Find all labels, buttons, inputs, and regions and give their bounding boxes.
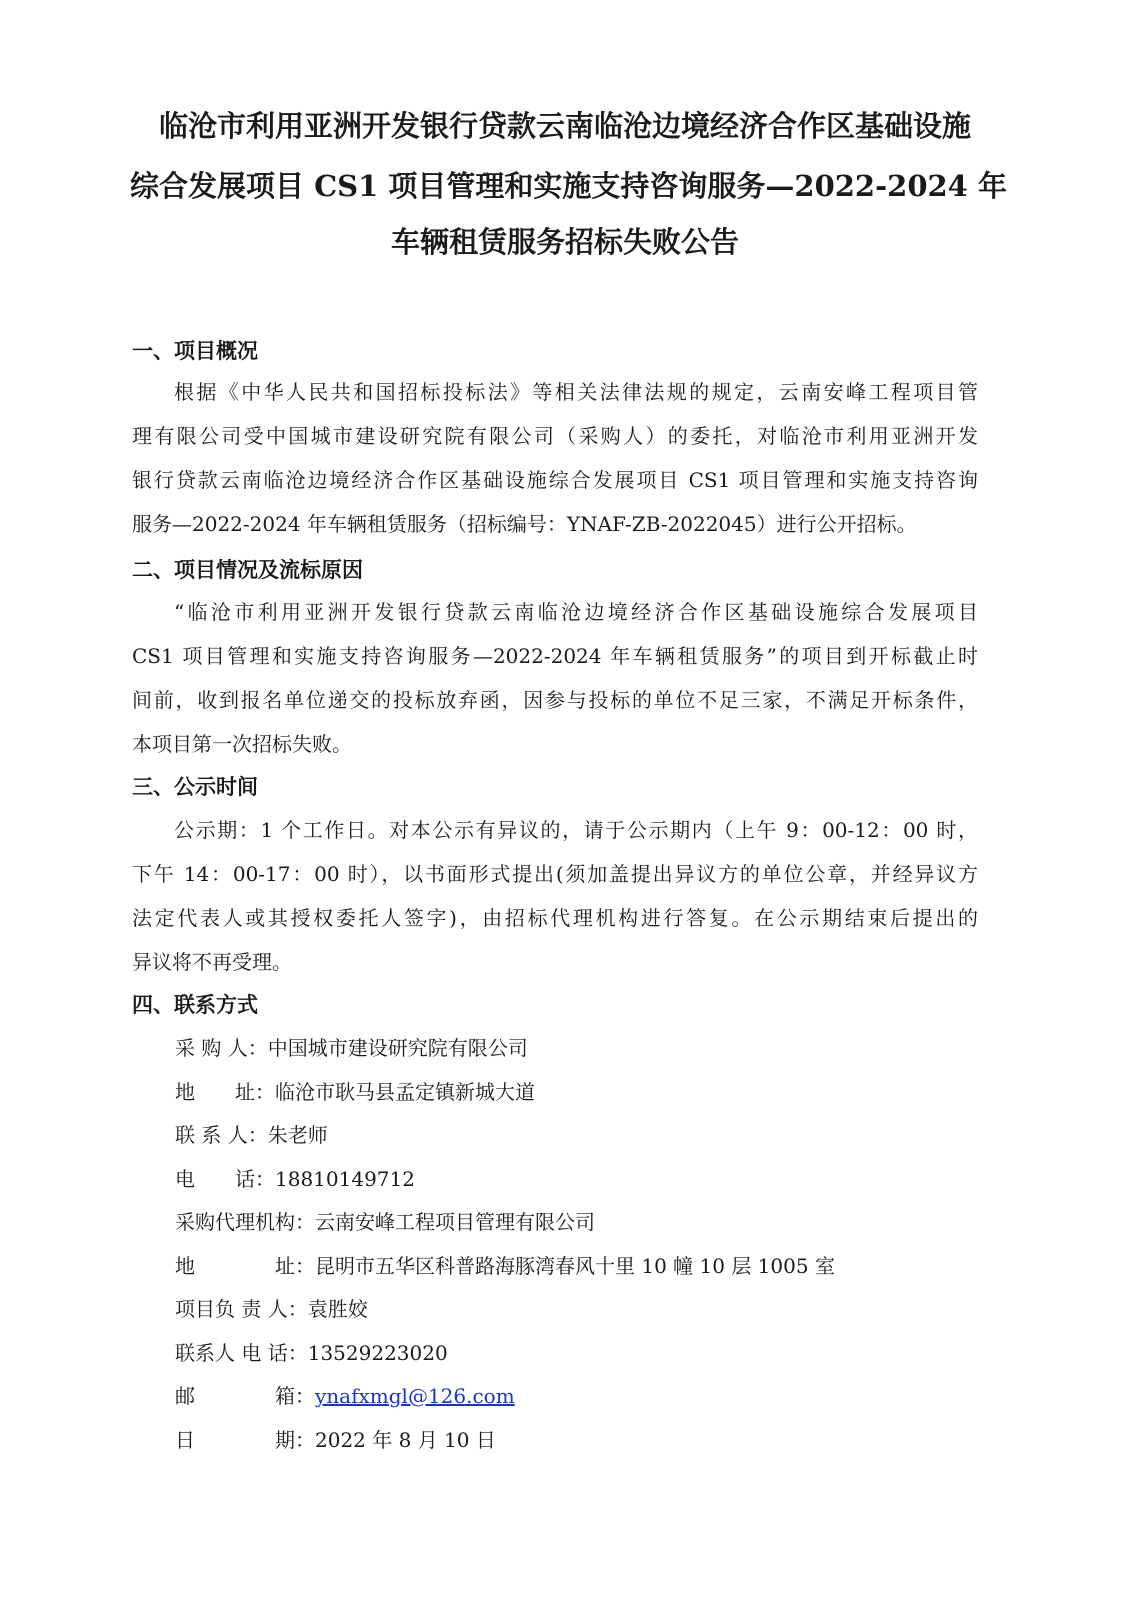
document-title-line-2: 综合发展项目 CS1 项目管理和实施支持咨询服务—2022-2024 年 <box>130 166 1000 206</box>
contact-row-agency-phone: 联系人 电 话：13529223020 <box>175 1338 448 1368</box>
contact-row-email: 邮 箱：ynafxmgl@126.com <box>175 1381 515 1411</box>
document-title-line-3: 车辆租赁服务招标失败公告 <box>130 222 1000 262</box>
contact-label: 项目负 责 人： <box>175 1294 308 1324</box>
contact-row-date: 日 期：2022 年 8 月 10 日 <box>175 1425 496 1455</box>
contact-value: 临沧市耿马县孟定镇新城大道 <box>275 1080 535 1104</box>
contact-value: 云南安峰工程项目管理有限公司 <box>315 1210 595 1234</box>
paragraph-line: 服务—2022-2024 年车辆租赁服务（招标编号：YNAF-ZB-202204… <box>132 502 978 546</box>
contact-row-purchaser-phone: 电 话：18810149712 <box>175 1164 415 1194</box>
paragraph-line: 根据《中华人民共和国招标投标法》等相关法律法规的规定，云南安峰工程项目管 <box>132 370 978 414</box>
contact-label: 日 期： <box>175 1425 315 1455</box>
contact-row-purchaser-address: 地 址：临沧市耿马县孟定镇新城大道 <box>175 1077 535 1107</box>
email-link[interactable]: ynafxmgl@126.com <box>315 1384 515 1408</box>
contact-value: 昆明市五华区科普路海豚湾春风十里 10 幢 10 层 1005 室 <box>315 1254 835 1278</box>
paragraph-line: 本项目第一次招标失败。 <box>132 722 978 766</box>
contact-label: 地 址： <box>175 1077 275 1107</box>
contact-label: 联 系 人： <box>175 1120 268 1150</box>
contact-row-purchaser: 采 购 人：中国城市建设研究院有限公司 <box>175 1033 528 1063</box>
contact-value: 2022 年 8 月 10 日 <box>315 1428 496 1452</box>
paragraph-line: 公示期：1 个工作日。对本公示有异议的，请于公示期内（上午 9：00-12：00… <box>132 808 978 852</box>
contact-label: 电 话： <box>175 1164 275 1194</box>
paragraph-line: 下午 14：00-17：00 时），以书面形式提出(须加盖提出异议方的单位公章，… <box>132 852 978 896</box>
section-heading-publicity-period: 三、公示时间 <box>132 772 258 802</box>
paragraph-line: 异议将不再受理。 <box>132 940 978 984</box>
section-heading-contact: 四、联系方式 <box>132 990 258 1020</box>
paragraph-line: 法定代表人或其授权委托人签字)，由招标代理机构进行答复。在公示期结束后提出的 <box>132 896 978 940</box>
contact-label: 地 址： <box>175 1251 315 1281</box>
paragraph-line: 银行贷款云南临沧边境经济合作区基础设施综合发展项目 CS1 项目管理和实施支持咨… <box>132 458 978 502</box>
contact-label: 采购代理机构： <box>175 1207 315 1237</box>
section-heading-overview: 一、项目概况 <box>132 336 258 366</box>
contact-value: 13529223020 <box>308 1341 448 1365</box>
contact-row-purchaser-contact: 联 系 人：朱老师 <box>175 1120 328 1150</box>
contact-row-agency: 采购代理机构：云南安峰工程项目管理有限公司 <box>175 1207 595 1237</box>
paragraph-line: 理有限公司受中国城市建设研究院有限公司（采购人）的委托，对临沧市利用亚洲开发 <box>132 414 978 458</box>
paragraph-line: 间前，收到报名单位递交的投标放弃函，因参与投标的单位不足三家，不满足开标条件， <box>132 678 978 722</box>
contact-value: 中国城市建设研究院有限公司 <box>268 1036 528 1060</box>
contact-value: 袁胜姣 <box>308 1297 368 1321</box>
document-page: 临沧市利用亚洲开发银行贷款云南临沧边境经济合作区基础设施 综合发展项目 CS1 … <box>0 0 1131 1600</box>
paragraph-line: “临沧市利用亚洲开发银行贷款云南临沧边境经济合作区基础设施综合发展项目 <box>132 590 978 634</box>
contact-value: 18810149712 <box>275 1167 415 1191</box>
contact-label: 邮 箱： <box>175 1381 315 1411</box>
contact-label: 采 购 人： <box>175 1033 268 1063</box>
contact-row-agency-address: 地 址：昆明市五华区科普路海豚湾春风十里 10 幢 10 层 1005 室 <box>175 1251 835 1281</box>
paragraph-line: CS1 项目管理和实施支持咨询服务—2022-2024 年车辆租赁服务”的项目到… <box>132 634 978 678</box>
section-heading-failure-reason: 二、项目情况及流标原因 <box>132 555 363 585</box>
section-body-failure-reason: “临沧市利用亚洲开发银行贷款云南临沧边境经济合作区基础设施综合发展项目 CS1 … <box>132 590 978 766</box>
section-body-overview: 根据《中华人民共和国招标投标法》等相关法律法规的规定，云南安峰工程项目管 理有限… <box>132 370 978 546</box>
contact-value: 朱老师 <box>268 1123 328 1147</box>
document-title-line-1: 临沧市利用亚洲开发银行贷款云南临沧边境经济合作区基础设施 <box>130 106 1000 146</box>
contact-label: 联系人 电 话： <box>175 1338 308 1368</box>
section-body-publicity-period: 公示期：1 个工作日。对本公示有异议的，请于公示期内（上午 9：00-12：00… <box>132 808 978 984</box>
contact-row-project-lead: 项目负 责 人：袁胜姣 <box>175 1294 368 1324</box>
